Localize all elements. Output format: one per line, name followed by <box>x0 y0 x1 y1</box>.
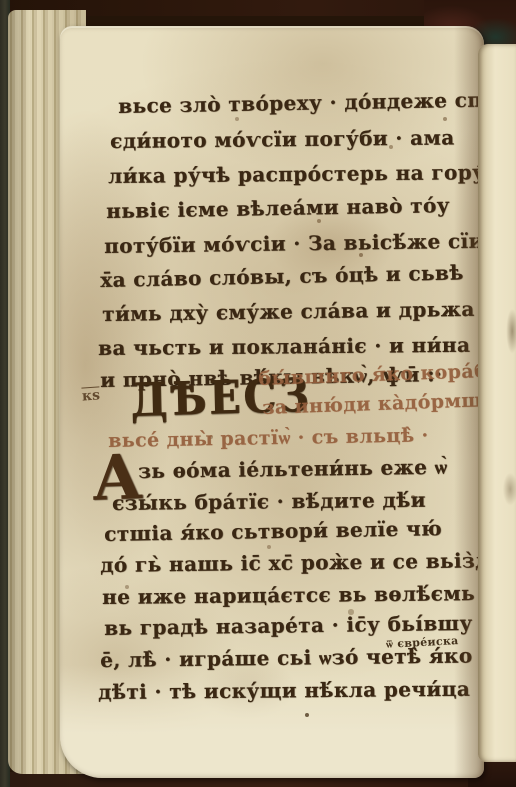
manuscript-line: до́ гь̀ нашь іс̄ хс̄ рож̀е и се вьіз̀да <box>100 550 484 575</box>
manuscript-photo: вьсе зло̀ тво́реху · до́ндеже спаєди́нот… <box>0 0 516 787</box>
next-page-sliver <box>478 44 516 762</box>
manuscript-line: вь градѣ назаре́та · іс̄у бьі́вшу <box>104 613 473 638</box>
manuscript-line: х̄а сла́во сло́вы, съ о́цѣ и сьвѣ <box>100 262 464 290</box>
manuscript-line: зь ѳо́ма іе́льтени́нь еже ѡ̀ <box>138 457 448 481</box>
manuscript-line: ти́мь дху̀ єму́же сла́ва и дрьжа <box>102 299 475 324</box>
manuscript-line: вьсе́ дны̀ растїѡ̀ · съ вльцѣ̀ · <box>108 426 429 451</box>
ink-specks <box>60 26 62 28</box>
manuscript-page: вьсе зло̀ тво́реху · до́ндеже спаєди́нот… <box>60 26 484 778</box>
manuscript-line: ва чьсть и поклана́ніє · и ни́на <box>98 335 470 358</box>
manuscript-line: не иже нарица́єтсє вь вѳлѣ́ємь <box>102 583 475 607</box>
manuscript-line: поту́бїи мо́ѵсіи · За вьісѣ́же сїи <box>104 231 484 256</box>
manuscript-line: дѣ́ті · тѣ иску́щи нѣ́кла речи́ца <box>98 679 470 702</box>
folio-margin-number: кѕ <box>81 387 100 404</box>
drop-cap-initial: А <box>91 446 144 510</box>
manuscript-line: ли́ка ру́чѣ распро́стерь на гору́ <box>108 162 484 186</box>
manuscript-line: вьсе зло̀ тво́реху · до́ндеже спа <box>118 89 484 116</box>
manuscript-line: стшіа я́ко сьтвори́ велїе чю́ <box>104 518 442 544</box>
manuscript-line: єди́ното мо́ѵсїи погу́би · ама <box>110 127 455 151</box>
manuscript-line: ньвіє ієме вѣлеа́ми наво̀ то́у <box>106 195 450 221</box>
manuscript-line: єзы́кь бра́тїє · вѣ́дите дѣ́и <box>112 490 426 513</box>
